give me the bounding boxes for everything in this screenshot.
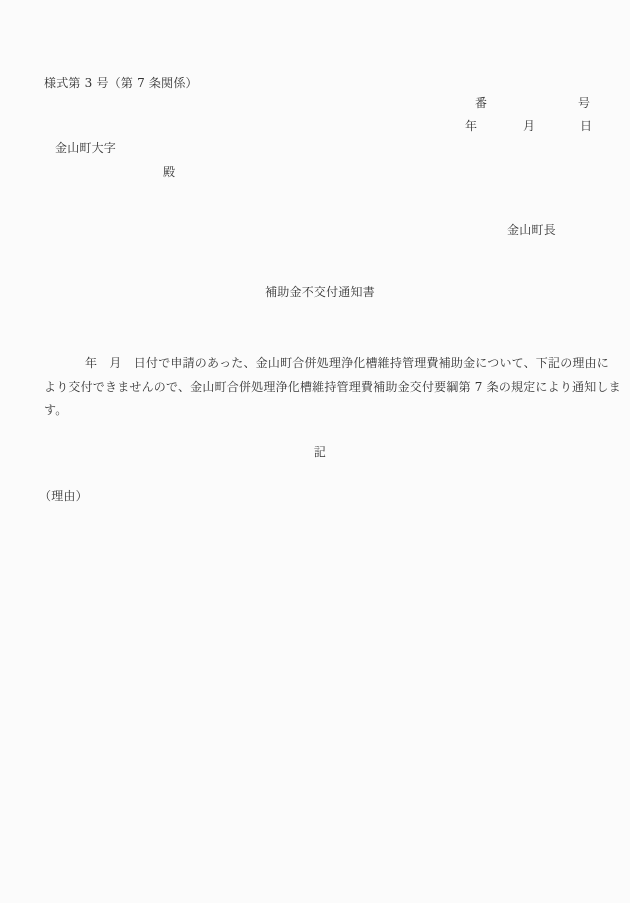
document-number-prefix: 番 <box>475 95 487 111</box>
sender-title: 金山町長 <box>507 222 556 238</box>
addressee-name: 金山町大字 <box>55 140 116 156</box>
form-number-label: 様式第 3 号（第 7 条関係） <box>44 75 198 91</box>
addressee-honorific: 殿 <box>163 164 175 180</box>
reason-label: （理由） <box>39 488 88 504</box>
document-title: 補助金不交付通知書 <box>0 284 630 300</box>
body-paragraph-line: より交付できませんので、金山町合併処理浄化槽維持管理費補助金交付要綱第 7 条の… <box>44 379 621 395</box>
date-day-label: 日 <box>580 118 592 134</box>
document-page: 様式第 3 号（第 7 条関係） 番 号 年 月 日 金山町大字 殿 金山町長 … <box>0 0 630 903</box>
document-number-suffix: 号 <box>578 95 590 111</box>
date-year-label: 年 <box>465 118 477 134</box>
body-paragraph-line: 年 月 日付で申請のあった、金山町合併処理浄化槽維持管理費補助金について、下記の… <box>85 355 609 371</box>
record-marker: 記 <box>0 444 630 460</box>
date-month-label: 月 <box>523 118 535 134</box>
body-paragraph-line: す。 <box>44 402 67 418</box>
